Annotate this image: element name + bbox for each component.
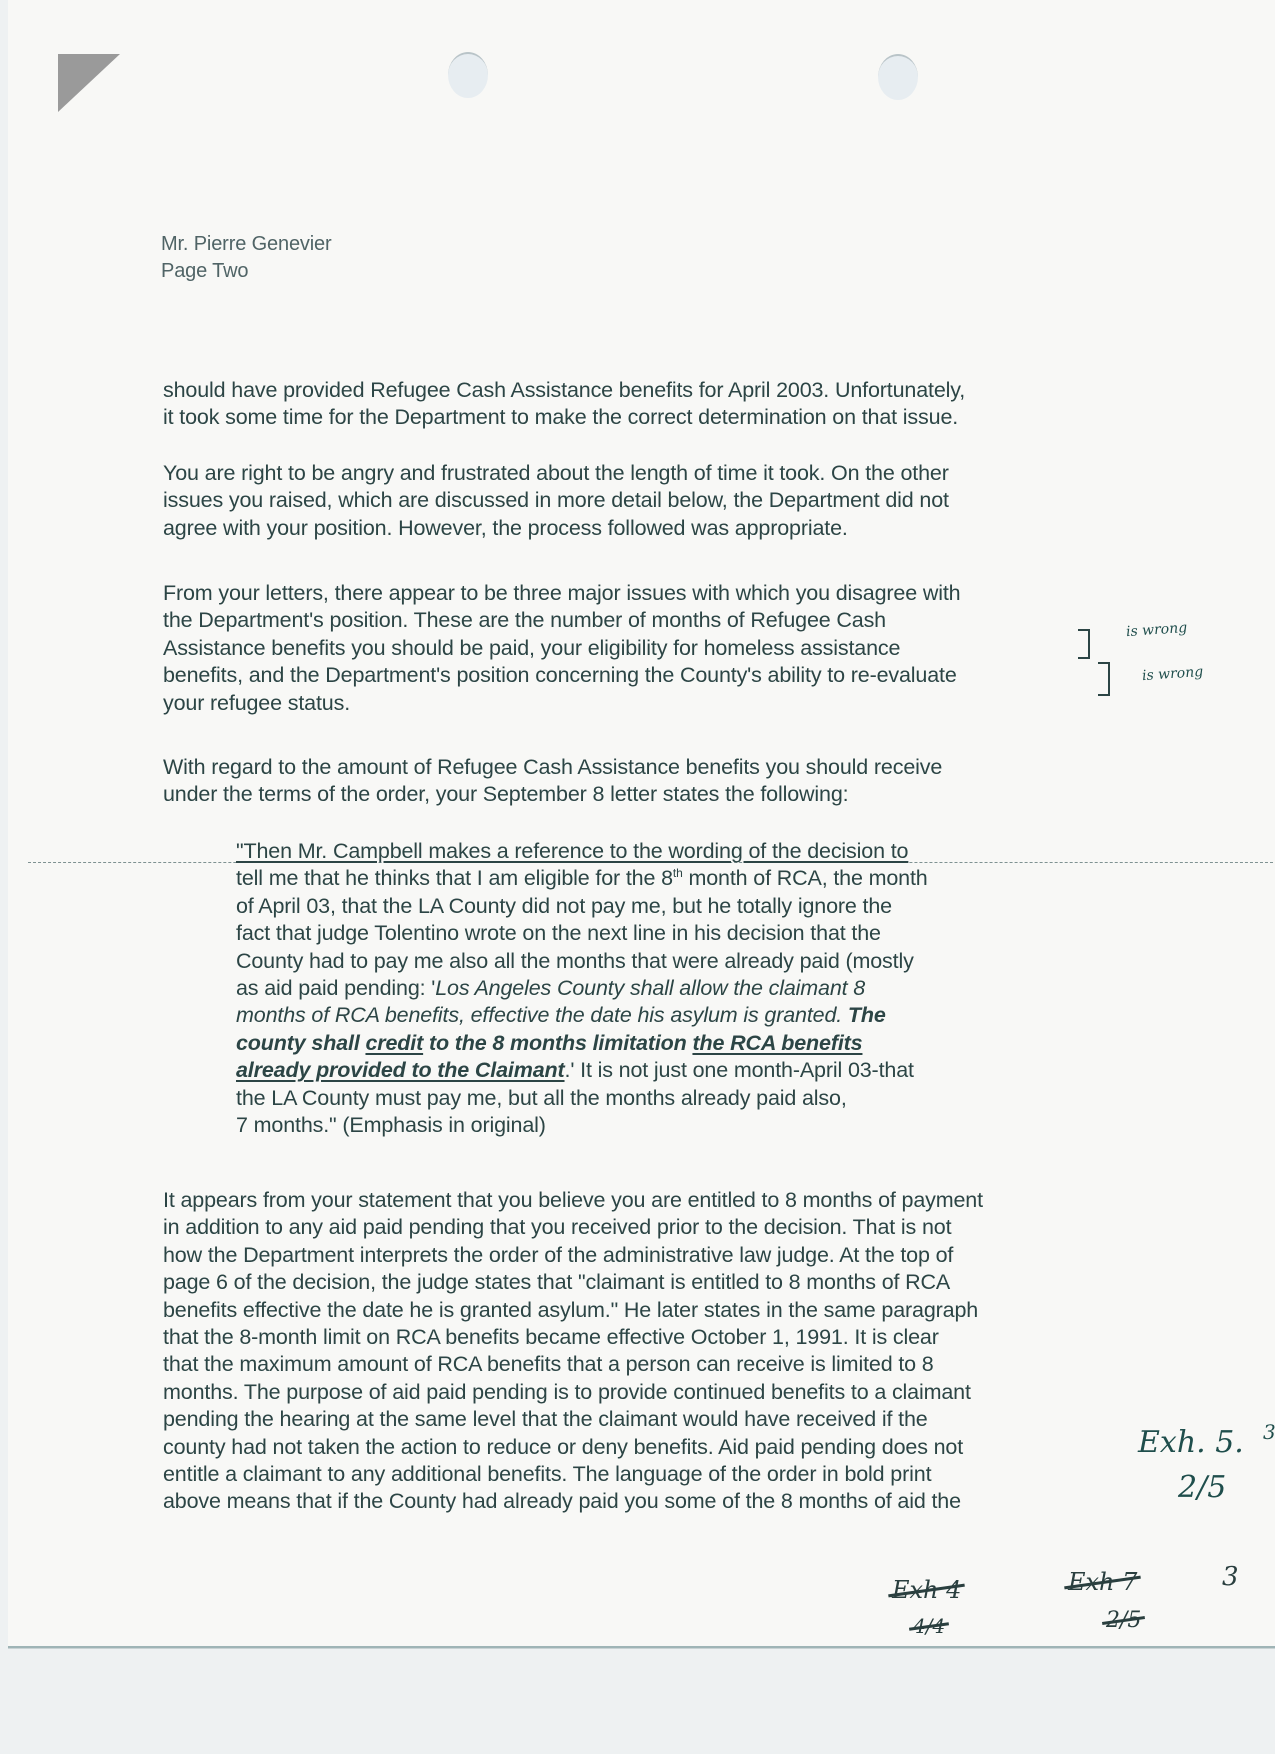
text-line: in addition to any aid paid pending that…	[163, 1214, 983, 1241]
bold-italic-run: The	[848, 1003, 886, 1027]
text-line: under the terms of the order, your Septe…	[163, 781, 942, 808]
letter-page: Mr. Pierre Genevier Page Two should have…	[8, 0, 1275, 1648]
text-line: of April 03, that the LA County did not …	[236, 893, 928, 920]
text-line: above means that if the County had alrea…	[163, 1488, 983, 1515]
exhibit-superscript: 3	[1263, 1420, 1275, 1444]
crossed-out-annotation: 2/5	[1106, 1608, 1141, 1633]
text-line: You are right to be angry and frustrated…	[163, 460, 949, 487]
text-line: county shall credit to the 8 months limi…	[236, 1030, 928, 1057]
text-line: entitle a claimant to any additional ben…	[163, 1461, 983, 1488]
page-label: Page Two	[161, 258, 332, 285]
paragraph-acknowledgement: You are right to be angry and frustrated…	[163, 460, 949, 542]
crossed-out-suffix: 3	[1222, 1562, 1239, 1592]
recipient-name: Mr. Pierre Genevier	[161, 231, 332, 258]
text-line: page 6 of the decision, the judge states…	[163, 1269, 983, 1296]
text-line: Assistance benefits you should be paid, …	[163, 635, 960, 662]
text-line: your refugee status.	[163, 690, 960, 717]
italic-run: months of RCA benefits, effective the da…	[236, 1003, 848, 1027]
text-line: the LA County must pay me, but all the m…	[236, 1085, 928, 1112]
text-line: that the maximum amount of RCA benefits …	[163, 1351, 983, 1378]
text-line: how the Department interprets the order …	[163, 1242, 983, 1269]
scan-corner-mark	[58, 54, 120, 112]
text-run: .' It is not just one month-April 03-tha…	[565, 1058, 914, 1082]
text-line: county had not taken the action to reduc…	[163, 1434, 983, 1461]
text-line: months. The purpose of aid paid pending …	[163, 1379, 983, 1406]
punch-hole-left	[448, 52, 488, 98]
text-line: benefits effective the date he is grante…	[163, 1297, 983, 1324]
italic-run: Los Angeles County shall allow the claim…	[435, 976, 865, 1000]
text-line: should have provided Refugee Cash Assist…	[163, 377, 965, 404]
text-line: the Department's position. These are the…	[163, 607, 960, 634]
underlined-run: already provided to the Claimant	[236, 1058, 565, 1082]
punch-hole-right	[878, 54, 918, 100]
text-line: months of RCA benefits, effective the da…	[236, 1002, 928, 1029]
superscript: th	[673, 866, 683, 880]
text-run: month of RCA, the month	[683, 866, 928, 890]
text-run: tell me that he thinks that I am eligibl…	[236, 866, 673, 890]
text-line: With regard to the amount of Refugee Cas…	[163, 754, 942, 781]
underlined-run: credit	[365, 1031, 423, 1055]
margin-note: is wrong	[1126, 620, 1188, 640]
margin-note: is wrong	[1142, 664, 1204, 684]
text-line: pending the hearing at the same level th…	[163, 1406, 983, 1433]
text-line: it took some time for the Department to …	[163, 404, 965, 431]
exhibit-label: Exh. 5.	[1138, 1425, 1244, 1460]
exhibit-page: 2/5	[1178, 1470, 1226, 1505]
letter-header: Mr. Pierre Genevier Page Two	[161, 231, 332, 285]
text-line: 7 months." (Emphasis in original)	[236, 1112, 928, 1139]
handwritten-bracket	[1098, 662, 1110, 696]
underlined-run: the RCA benefits	[692, 1031, 862, 1055]
crossed-out-annotation: Exh 4	[892, 1576, 961, 1604]
text-line: County had to pay me also all the months…	[236, 948, 928, 975]
text-line: agree with your position. However, the p…	[163, 515, 949, 542]
crossed-out-annotation: 4/4	[913, 1614, 945, 1638]
text-line: "Then Mr. Campbell makes a reference to …	[236, 838, 928, 865]
handwritten-bracket	[1078, 629, 1090, 659]
paragraph-department-interpretation: It appears from your statement that you …	[163, 1187, 983, 1516]
text-line: benefits, and the Department's position …	[163, 662, 960, 689]
paragraph-april-benefits: should have provided Refugee Cash Assist…	[163, 377, 965, 432]
paragraph-three-issues: From your letters, there appear to be th…	[163, 580, 960, 717]
text-run: as aid paid pending: '	[236, 976, 435, 1000]
block-quote: "Then Mr. Campbell makes a reference to …	[236, 838, 928, 1139]
crossed-out-annotation: Exh 7	[1068, 1568, 1137, 1596]
bold-italic-run: to the 8 months limitation	[423, 1031, 692, 1055]
text-line: already provided to the Claimant.' It is…	[236, 1057, 928, 1084]
text-line: tell me that he thinks that I am eligibl…	[236, 865, 928, 892]
text-line: From your letters, there appear to be th…	[163, 580, 960, 607]
text-line: as aid paid pending: 'Los Angeles County…	[236, 975, 928, 1002]
text-line: fact that judge Tolentino wrote on the n…	[236, 920, 928, 947]
text-line: It appears from your statement that you …	[163, 1187, 983, 1214]
paragraph-rca-amount: With regard to the amount of Refugee Cas…	[163, 754, 942, 809]
text-line: that the 8-month limit on RCA benefits b…	[163, 1324, 983, 1351]
bold-italic-run: county shall	[236, 1031, 365, 1055]
text-line: issues you raised, which are discussed i…	[163, 487, 949, 514]
